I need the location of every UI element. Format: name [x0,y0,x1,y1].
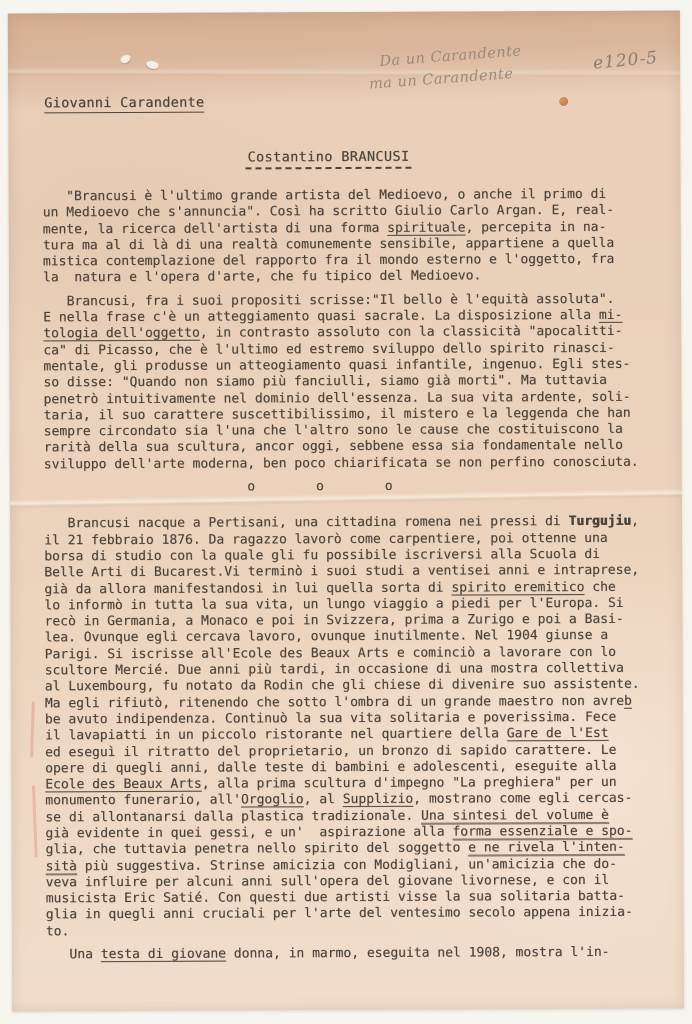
text-line: la natura e l'opera d'arte, che fu tipic… [43,268,653,287]
text-line: to. [46,921,656,940]
paragraph-2: Brancusi, fra i suoi propositi scrisse:"… [43,291,654,473]
rust-stain [559,97,568,106]
paper-sheet: Da un Carandente ma un Carandente e120-5… [8,11,684,1012]
text-line: glia in quegli anni cruciali per l'arte … [46,905,656,924]
red-pencil-margin-mark [32,785,38,857]
paragraph-1: "Brancusi è l'ultimo grande artista del … [43,187,653,287]
handwritten-pencil-note: Da un Carandente ma un Carandente [379,36,582,95]
text-line: mistica contemplazione del rapporto fra … [43,252,653,271]
document-title: Costantino BRANCUSI [0,148,665,171]
section-separator: o o o [16,478,626,497]
text-line: Una testa di giovane donna, in marmo, es… [46,945,656,964]
red-pencil-margin-mark [30,701,35,757]
paragraph-4: Una testa di giovane donna, in marmo, es… [46,945,656,964]
document-body: "Brancusi è l'ultimo grande artista del … [43,187,656,971]
paragraph-3: Brancusi nacque a Pertisani, una cittadi… [44,514,656,940]
text-line: sviluppo dell'arte moderna, ben poco chi… [44,454,654,473]
scanned-document-page: { "colors": { "bg": "#f7f5ef", "paper": … [0,0,692,1024]
staple-mark [119,53,132,65]
author-name: Giovanni Carandente [44,95,204,114]
